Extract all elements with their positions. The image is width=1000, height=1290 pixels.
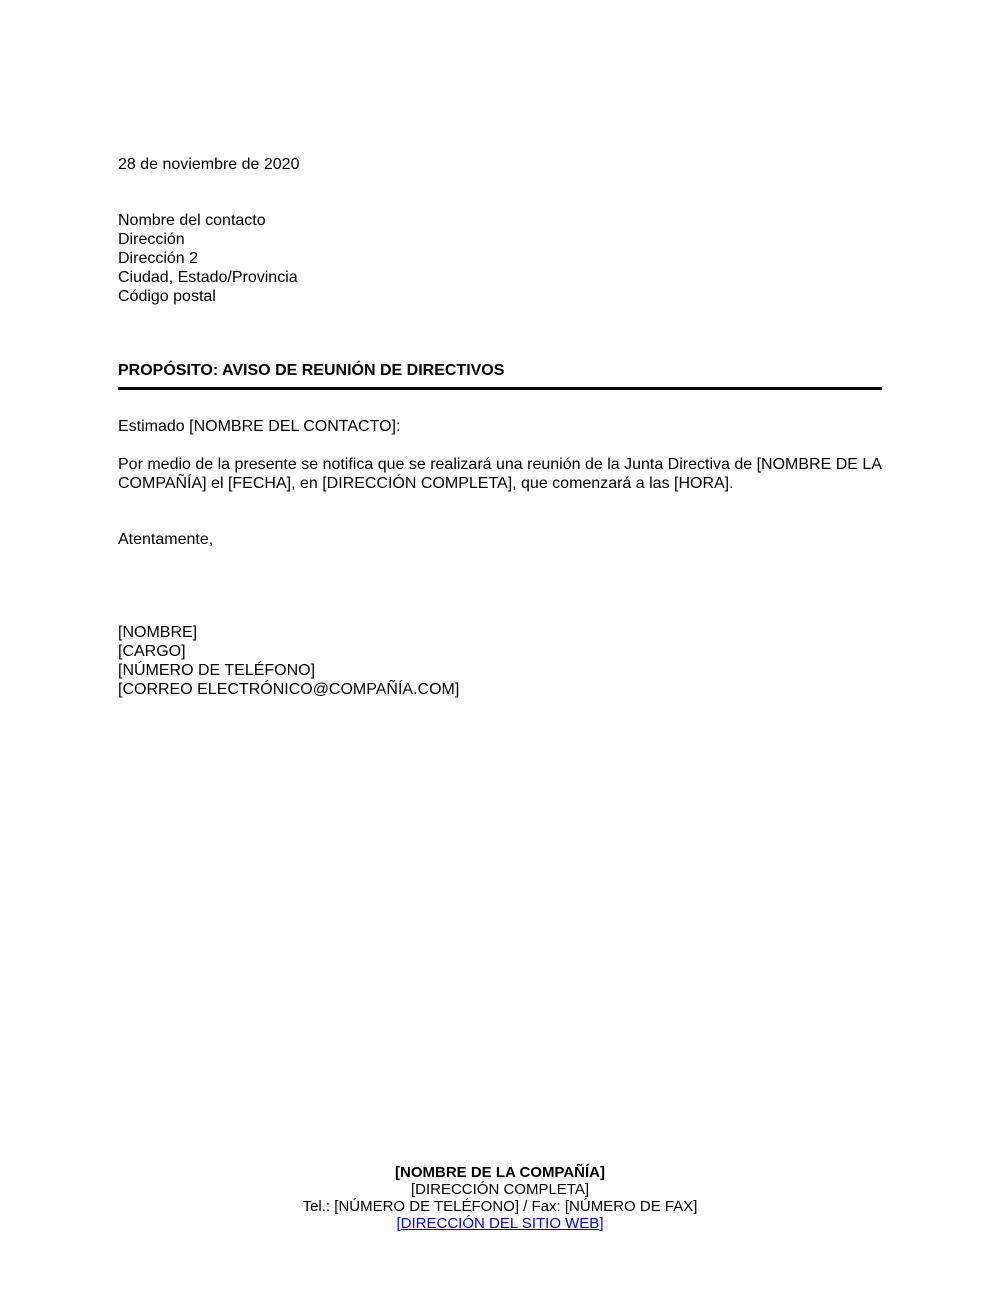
recipient-address: Nombre del contacto Dirección Dirección … [118, 211, 298, 306]
recipient-city-state: Ciudad, Estado/Provincia [118, 268, 298, 287]
recipient-name: Nombre del contacto [118, 211, 298, 230]
footer-contact: Tel.: [NÚMERO DE TELÉFONO] / Fax: [NÚMER… [0, 1198, 1000, 1215]
closing: Atentamente, [118, 530, 213, 549]
signer-title: [CARGO] [118, 642, 459, 661]
footer-website-link[interactable]: [DIRECCIÓN DEL SITIO WEB] [397, 1215, 604, 1232]
recipient-postal-code: Código postal [118, 287, 298, 306]
letterhead-footer: [NOMBRE DE LA COMPAÑÍA] [DIRECCIÓN COMPL… [0, 1164, 1000, 1232]
salutation: Estimado [NOMBRE DEL CONTACTO]: [118, 417, 400, 436]
recipient-address-line1: Dirección [118, 230, 298, 249]
subject-heading: PROPÓSITO: AVISO DE REUNIÓN DE DIRECTIVO… [118, 361, 504, 380]
subject-divider [118, 387, 882, 390]
letter-date: 28 de noviembre de 2020 [118, 155, 299, 174]
footer-company-name: [NOMBRE DE LA COMPAÑÍA] [0, 1164, 1000, 1181]
signer-phone: [NÚMERO DE TELÉFONO] [118, 661, 459, 680]
signature-block: [NOMBRE] [CARGO] [NÚMERO DE TELÉFONO] [C… [118, 623, 459, 699]
footer-address: [DIRECCIÓN COMPLETA] [0, 1181, 1000, 1198]
signer-name: [NOMBRE] [118, 623, 459, 642]
signer-email: [CORREO ELECTRÓNICO@COMPAÑÍA.COM] [118, 680, 459, 699]
recipient-address-line2: Dirección 2 [118, 249, 298, 268]
body-paragraph: Por medio de la presente se notifica que… [118, 455, 888, 493]
